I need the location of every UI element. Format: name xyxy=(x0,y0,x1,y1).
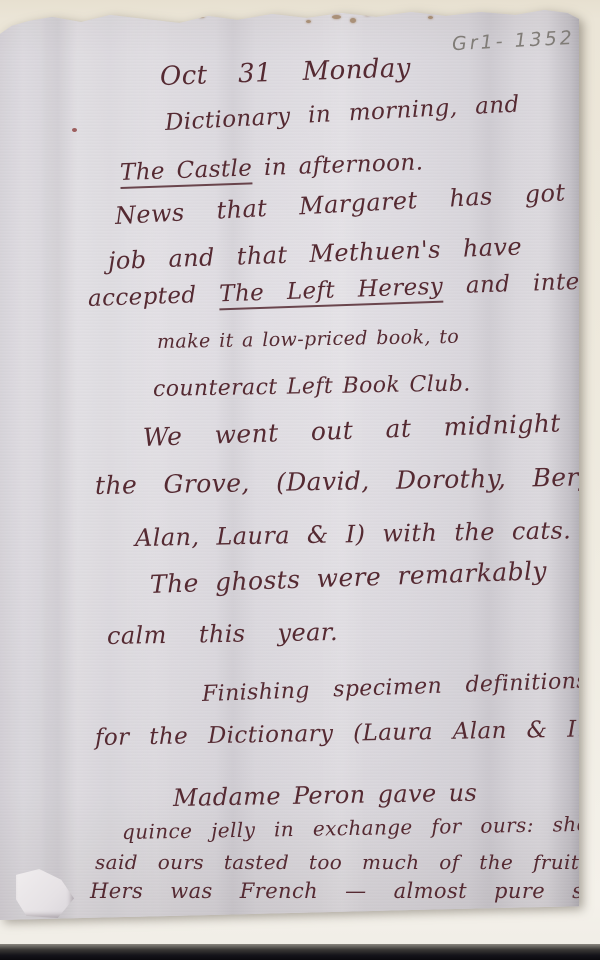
scanned-photo: Gr1- 1352 Oct 31 MondayDictionary in mor… xyxy=(0,0,600,960)
handwriting-segment: Hers was French — almost pure sugar. xyxy=(90,879,600,903)
handwriting-segment: Madame Peron gave us xyxy=(173,779,478,812)
handwriting-segment: quince jelly in exchange for ours: she xyxy=(122,812,589,844)
bottom-shadow-band xyxy=(0,944,600,960)
manuscript-line: Hers was French — almost pure sugar. xyxy=(90,879,600,903)
foxing-spot xyxy=(350,18,356,23)
manuscript-line: Finishing specimen definitions xyxy=(202,669,589,707)
manuscript-line: Madame Peron gave us xyxy=(173,779,478,812)
manuscript-line: calm this year. xyxy=(107,618,339,650)
handwriting-segment: Alan, Laura & I) with the cats. xyxy=(135,516,572,552)
handwriting-segment: counteract Left Book Club. xyxy=(153,371,471,402)
archive-number-label: Gr1- 1352 xyxy=(452,27,576,55)
handwriting-segment: in afternoon. xyxy=(252,149,424,181)
handwriting-segment: Finishing specimen definitions xyxy=(202,669,589,707)
manuscript-line: said ours tasted too much of the fruit xyxy=(95,850,579,874)
diary-page: Gr1- 1352 Oct 31 MondayDictionary in mor… xyxy=(0,0,579,920)
manuscript-line: counteract Left Book Club. xyxy=(153,371,471,402)
manuscript-line: Dictionary in morning, and xyxy=(164,91,520,136)
manuscript-line: Oct 31 Monday xyxy=(159,53,411,92)
manuscript-line: We went out at midnight to xyxy=(142,406,600,452)
handwriting-segment: The ghosts were remarkably xyxy=(149,556,547,599)
handwriting-segment: calm this year. xyxy=(107,618,339,650)
manuscript-line: The Castle in afternoon. xyxy=(120,149,424,186)
manuscript-line: make it a low-priced book, to xyxy=(157,326,460,353)
underlined-title: The Left Heresy xyxy=(219,274,444,311)
foxing-spot xyxy=(198,14,205,18)
foxing-spot xyxy=(306,20,311,23)
manuscript-line: job and that Methuen's have xyxy=(108,233,523,275)
manuscript-line: for the Dictionary (Laura Alan & I.) xyxy=(95,716,594,751)
handwriting-segment: We went out at midnight to xyxy=(142,406,600,452)
handwriting-segment: job and that Methuen's have xyxy=(108,233,523,275)
underlined-title: The Castle xyxy=(120,155,253,189)
handwriting-segment: make it a low-priced book, to xyxy=(157,326,460,353)
ink-speck xyxy=(72,128,77,132)
handwriting-segment: said ours tasted too much of the fruit xyxy=(95,850,579,874)
foxing-spot xyxy=(332,15,341,19)
diary-page-wrap: Gr1- 1352 Oct 31 MondayDictionary in mor… xyxy=(0,0,600,922)
manuscript-line: the Grove, (David, Dorothy, Beryl, xyxy=(95,462,600,500)
handwriting-segment: the Grove, (David, Dorothy, Beryl, xyxy=(95,462,600,500)
torn-corner-bottom-left xyxy=(16,869,74,918)
handwriting-segment: for the Dictionary (Laura Alan & I.) xyxy=(95,716,594,751)
handwriting-segment: accepted xyxy=(88,281,220,312)
manuscript-line: The ghosts were remarkably xyxy=(149,556,547,599)
manuscript-line: Alan, Laura & I) with the cats. xyxy=(135,516,572,552)
handwriting-segment: and intend to xyxy=(443,266,600,299)
manuscript-line: quince jelly in exchange for ours: she xyxy=(122,812,589,844)
foxing-spot xyxy=(428,16,433,19)
handwriting-segment: Dictionary in morning, and xyxy=(164,91,520,136)
handwriting-segment: Oct 31 Monday xyxy=(159,53,411,92)
foxing-spot xyxy=(364,12,371,16)
